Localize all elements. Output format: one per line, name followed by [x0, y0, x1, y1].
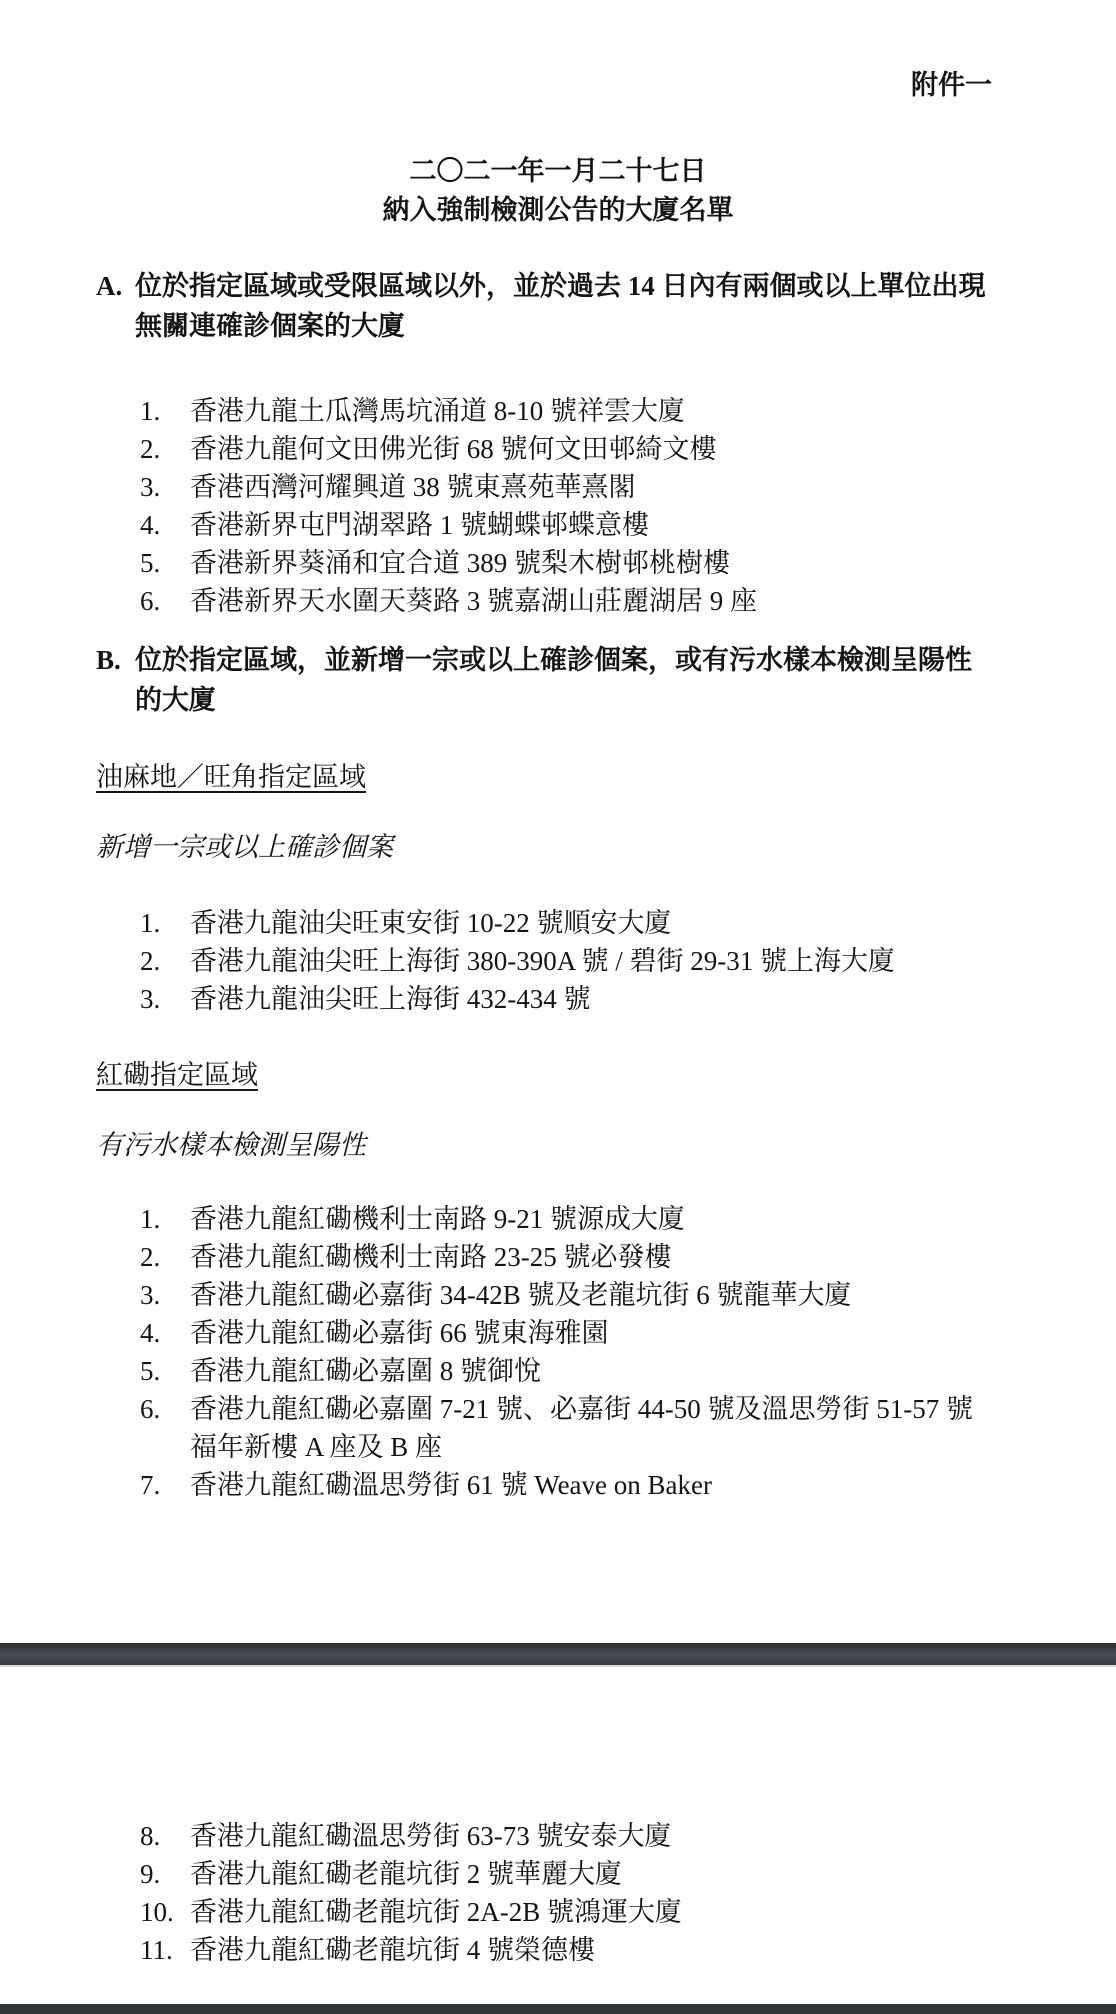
list-item-number: 2. — [140, 942, 190, 980]
list-item-text: 香港九龍紅磡必嘉圍 7-21 號、必嘉街 44-50 號及溫思勞街 51-57 … — [190, 1390, 1090, 1466]
building-list-item: 11. 香港九龍紅磡老龍坑街 4 號榮德樓 — [140, 1931, 1116, 1969]
list-item-number: 1. — [140, 904, 190, 942]
list-item-number: 6. — [140, 582, 190, 620]
list-item-number: 1. — [140, 392, 190, 430]
list-item-number: 2. — [140, 1238, 190, 1276]
list-item-text: 香港九龍土瓜灣馬坑涌道 8-10 號祥雲大廈 — [190, 392, 1090, 430]
list-item-number: 4. — [140, 506, 190, 544]
section-a-heading: A. 位於指定區域或受限區域以外，並於過去 14 日內有兩個或以上單位出現 無關… — [0, 266, 1116, 346]
document-title-line-1: 二〇二一年一月二十七日 — [0, 152, 1116, 191]
section-b-heading: B. 位於指定區域，並新增一宗或以上確診個案，或有污水樣本檢測呈陽性 的大廈 — [0, 640, 1116, 720]
pdf-page-2: 8. 香港九龍紅磡溫思勞街 63-73 號安泰大廈 9. 香港九龍紅磡老龍坑街 … — [0, 1667, 1116, 1969]
list-item-text: 香港九龍紅磡溫思勞街 61 號 Weave on Baker — [190, 1466, 1090, 1504]
list-item-number: 10. — [140, 1893, 190, 1931]
list-item-text: 香港九龍油尖旺上海街 432-434 號 — [190, 980, 1090, 1018]
building-list-item: 1. 香港九龍油尖旺東安街 10-22 號順安大廈 — [140, 904, 1116, 942]
building-list-item: 1. 香港九龍土瓜灣馬坑涌道 8-10 號祥雲大廈 — [140, 392, 1116, 430]
category-new-confirmed-cases: 新增一宗或以上確診個案 — [0, 828, 1116, 866]
list-item-number: 5. — [140, 544, 190, 582]
building-list-item: 3. 香港九龍油尖旺上海街 432-434 號 — [140, 980, 1116, 1018]
building-list-item: 3. 香港西灣河耀興道 38 號東熹苑華熹閣 — [140, 468, 1116, 506]
list-item-text: 香港西灣河耀興道 38 號東熹苑華熹閣 — [190, 468, 1090, 506]
building-list-item: 9. 香港九龍紅磡老龍坑街 2 號華麗大廈 — [140, 1855, 1116, 1893]
section-b-label: B. — [96, 640, 135, 720]
list-item-text: 香港新界葵涌和宜合道 389 號梨木樹邨桃樹樓 — [190, 544, 1090, 582]
list-item-text: 香港九龍油尖旺東安街 10-22 號順安大廈 — [190, 904, 1090, 942]
list-item-text: 香港九龍紅磡老龍坑街 4 號榮德樓 — [190, 1931, 1090, 1969]
region-heading-yaumatei-mongkok: 油麻地／旺角指定區域 — [0, 758, 1116, 796]
section-a-heading-text: 位於指定區域或受限區域以外，並於過去 14 日內有兩個或以上單位出現 無關連確診… — [135, 266, 986, 346]
building-list-item: 10. 香港九龍紅磡老龍坑街 2A-2B 號鴻運大廈 — [140, 1893, 1116, 1931]
building-list-item: 5. 香港九龍紅磡必嘉圍 8 號御悅 — [140, 1352, 1116, 1390]
list-item-number: 3. — [140, 468, 190, 506]
building-list-item: 7. 香港九龍紅磡溫思勞街 61 號 Weave on Baker — [140, 1466, 1116, 1504]
region-hunghom-list-page2: 8. 香港九龍紅磡溫思勞街 63-73 號安泰大廈 9. 香港九龍紅磡老龍坑街 … — [0, 1817, 1116, 1969]
building-list-item: 5. 香港新界葵涌和宜合道 389 號梨木樹邨桃樹樓 — [140, 544, 1116, 582]
list-item-text: 香港九龍何文田佛光街 68 號何文田邨綺文樓 — [190, 430, 1090, 468]
list-item-text: 香港新界屯門湖翠路 1 號蝴蝶邨蝶意樓 — [190, 506, 1090, 544]
building-list-item: 3. 香港九龍紅磡必嘉街 34-42B 號及老龍坑街 6 號龍華大廈 — [140, 1276, 1116, 1314]
list-item-number: 7. — [140, 1466, 190, 1504]
building-list-item: 2. 香港九龍油尖旺上海街 380-390A 號 / 碧街 29-31 號上海大… — [140, 942, 1116, 980]
section-a-list: 1. 香港九龍土瓜灣馬坑涌道 8-10 號祥雲大廈 2. 香港九龍何文田佛光街 … — [0, 392, 1116, 620]
viewport-bottom-bar — [0, 2004, 1116, 2014]
pdf-page-1: 附件一 二〇二一年一月二十七日 納入強制檢測公告的大廈名單 A. 位於指定區域或… — [0, 0, 1116, 1643]
list-item-number: 5. — [140, 1352, 190, 1390]
document-title-line-2: 納入強制檢測公告的大廈名單 — [0, 191, 1116, 230]
list-item-number: 1. — [140, 1200, 190, 1238]
building-list-item: 8. 香港九龍紅磡溫思勞街 63-73 號安泰大廈 — [140, 1817, 1116, 1855]
category-sewage-positive: 有污水樣本檢測呈陽性 — [0, 1126, 1116, 1164]
list-item-text: 香港九龍紅磡老龍坑街 2 號華麗大廈 — [190, 1855, 1090, 1893]
document-viewport[interactable]: 附件一 二〇二一年一月二十七日 納入強制檢測公告的大廈名單 A. 位於指定區域或… — [0, 0, 1116, 2014]
list-item-text: 香港九龍紅磡溫思勞街 63-73 號安泰大廈 — [190, 1817, 1090, 1855]
building-list-item: 2. 香港九龍何文田佛光街 68 號何文田邨綺文樓 — [140, 430, 1116, 468]
building-list-item: 6. 香港九龍紅磡必嘉圍 7-21 號、必嘉街 44-50 號及溫思勞街 51-… — [140, 1390, 1116, 1466]
building-list-item: 4. 香港九龍紅磡必嘉街 66 號東海雅園 — [140, 1314, 1116, 1352]
page-separator — [0, 1643, 1116, 1667]
list-item-number: 8. — [140, 1817, 190, 1855]
building-list-item: 1. 香港九龍紅磡機利士南路 9-21 號源成大廈 — [140, 1200, 1116, 1238]
region-yaumatei-list: 1. 香港九龍油尖旺東安街 10-22 號順安大廈 2. 香港九龍油尖旺上海街 … — [0, 904, 1116, 1018]
section-a-label: A. — [96, 266, 135, 346]
list-item-text: 香港九龍紅磡機利士南路 23-25 號必發樓 — [190, 1238, 1090, 1276]
list-item-number: 4. — [140, 1314, 190, 1352]
list-item-text: 香港九龍紅磡必嘉街 66 號東海雅園 — [190, 1314, 1090, 1352]
list-item-number: 2. — [140, 430, 190, 468]
list-item-number: 3. — [140, 1276, 190, 1314]
annex-label: 附件一 — [0, 66, 1116, 104]
list-item-text: 香港九龍紅磡機利士南路 9-21 號源成大廈 — [190, 1200, 1090, 1238]
list-item-number: 9. — [140, 1855, 190, 1893]
list-item-text: 香港九龍紅磡必嘉圍 8 號御悅 — [190, 1352, 1090, 1390]
list-item-number: 3. — [140, 980, 190, 1018]
region-heading-hunghom: 紅磡指定區域 — [0, 1056, 1116, 1094]
list-item-text: 香港九龍油尖旺上海街 380-390A 號 / 碧街 29-31 號上海大廈 — [190, 942, 1090, 980]
section-b-heading-text: 位於指定區域，並新增一宗或以上確診個案，或有污水樣本檢測呈陽性 的大廈 — [135, 640, 972, 720]
list-item-number: 11. — [140, 1931, 190, 1969]
list-item-number: 6. — [140, 1390, 190, 1466]
list-item-text: 香港新界天水圍天葵路 3 號嘉湖山莊麗湖居 9 座 — [190, 582, 1090, 620]
list-item-text: 香港九龍紅磡老龍坑街 2A-2B 號鴻運大廈 — [190, 1893, 1090, 1931]
building-list-item: 4. 香港新界屯門湖翠路 1 號蝴蝶邨蝶意樓 — [140, 506, 1116, 544]
building-list-item: 6. 香港新界天水圍天葵路 3 號嘉湖山莊麗湖居 9 座 — [140, 582, 1116, 620]
list-item-text: 香港九龍紅磡必嘉街 34-42B 號及老龍坑街 6 號龍華大廈 — [190, 1276, 1090, 1314]
region-hunghom-list-page1: 1. 香港九龍紅磡機利士南路 9-21 號源成大廈 2. 香港九龍紅磡機利士南路… — [0, 1200, 1116, 1504]
building-list-item: 2. 香港九龍紅磡機利士南路 23-25 號必發樓 — [140, 1238, 1116, 1276]
